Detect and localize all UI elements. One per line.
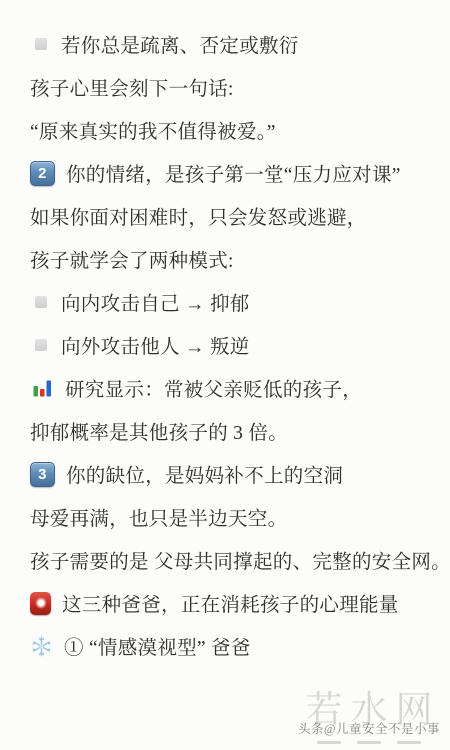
paragraph: 母爱再满，也只是半边天空。 <box>30 505 440 529</box>
line-text: 你的情绪，是孩子第一堂“压力应对课” <box>66 159 401 187</box>
section-3-heading: 3 你的缺位，是妈妈补不上的空洞 <box>30 462 440 486</box>
line-text: 向外攻击他人 → 叛逆 <box>61 331 250 359</box>
paragraph: 如果你面对困难时，只会发怒或逃避， <box>30 204 440 228</box>
line-text: 研究显示：常被父亲贬低的孩子， <box>65 374 362 402</box>
watermark: 若水网 头条@儿童安全不是小事 <box>294 692 444 744</box>
square-bullet-icon <box>35 38 47 50</box>
bullet-item: 向内攻击自己 → 抑郁 <box>30 290 440 314</box>
keycap-2-icon: 2 <box>30 161 55 186</box>
topic-heading: 这三种爸爸，正在消耗孩子的心理能量 <box>30 591 440 615</box>
watermark-credit: 头条@儿童安全不是小事 <box>294 719 444 737</box>
line-text: 孩子需要的是 父母共同撑起的、完整的安全网。 <box>30 546 450 574</box>
line-text: “原来真实的我不值得被爱。” <box>30 116 276 144</box>
watermark-subtext-blur <box>294 741 444 744</box>
line-text: 如果你面对困难时，只会发怒或逃避， <box>30 202 367 230</box>
research-stat-line: 研究显示：常被父亲贬低的孩子， <box>30 376 440 400</box>
square-bullet-icon <box>35 296 47 308</box>
watermark-site: 若水网 <box>294 692 450 730</box>
paragraph: 孩子心里会刻下一句话: <box>30 75 440 99</box>
line-text: 孩子就学会了两种模式: <box>30 245 234 273</box>
type-1-heading: ① “情感漠视型” 爸爸 <box>30 634 440 658</box>
line-text: 孩子心里会刻下一句话: <box>30 73 234 101</box>
bullet-item: 向外攻击他人 → 叛逆 <box>30 333 440 357</box>
paragraph: 抑郁概率是其他孩子的 3 倍。 <box>30 419 440 443</box>
paragraph: 孩子需要的是 父母共同撑起的、完整的安全网。 <box>30 548 440 572</box>
keycap-3-icon: 3 <box>30 462 55 487</box>
red-alert-seal-icon <box>30 592 51 615</box>
line-text: 向内攻击自己 → 抑郁 <box>61 288 250 316</box>
line-text: ① “情感漠视型” 爸爸 <box>64 632 251 660</box>
line-text: 这三种爸爸，正在消耗孩子的心理能量 <box>62 589 399 617</box>
snowflake-icon <box>30 635 53 658</box>
bar-chart-icon <box>30 376 54 400</box>
section-2-heading: 2 你的情绪，是孩子第一堂“压力应对课” <box>30 161 440 185</box>
line-text: 你的缺位，是妈妈补不上的空洞 <box>66 460 343 488</box>
square-bullet-icon <box>35 339 47 351</box>
paragraph: 孩子就学会了两种模式: <box>30 247 440 271</box>
article-body: 若你总是疏离、否定或敷衍 孩子心里会刻下一句话: “原来真实的我不值得被爱。” … <box>30 32 440 677</box>
line-text: 抑郁概率是其他孩子的 3 倍。 <box>30 417 288 445</box>
bullet-item: 若你总是疏离、否定或敷衍 <box>30 32 440 56</box>
quote-paragraph: “原来真实的我不值得被爱。” <box>30 118 440 142</box>
line-text: 母爱再满，也只是半边天空。 <box>30 503 287 531</box>
line-text: 若你总是疏离、否定或敷衍 <box>61 30 299 58</box>
